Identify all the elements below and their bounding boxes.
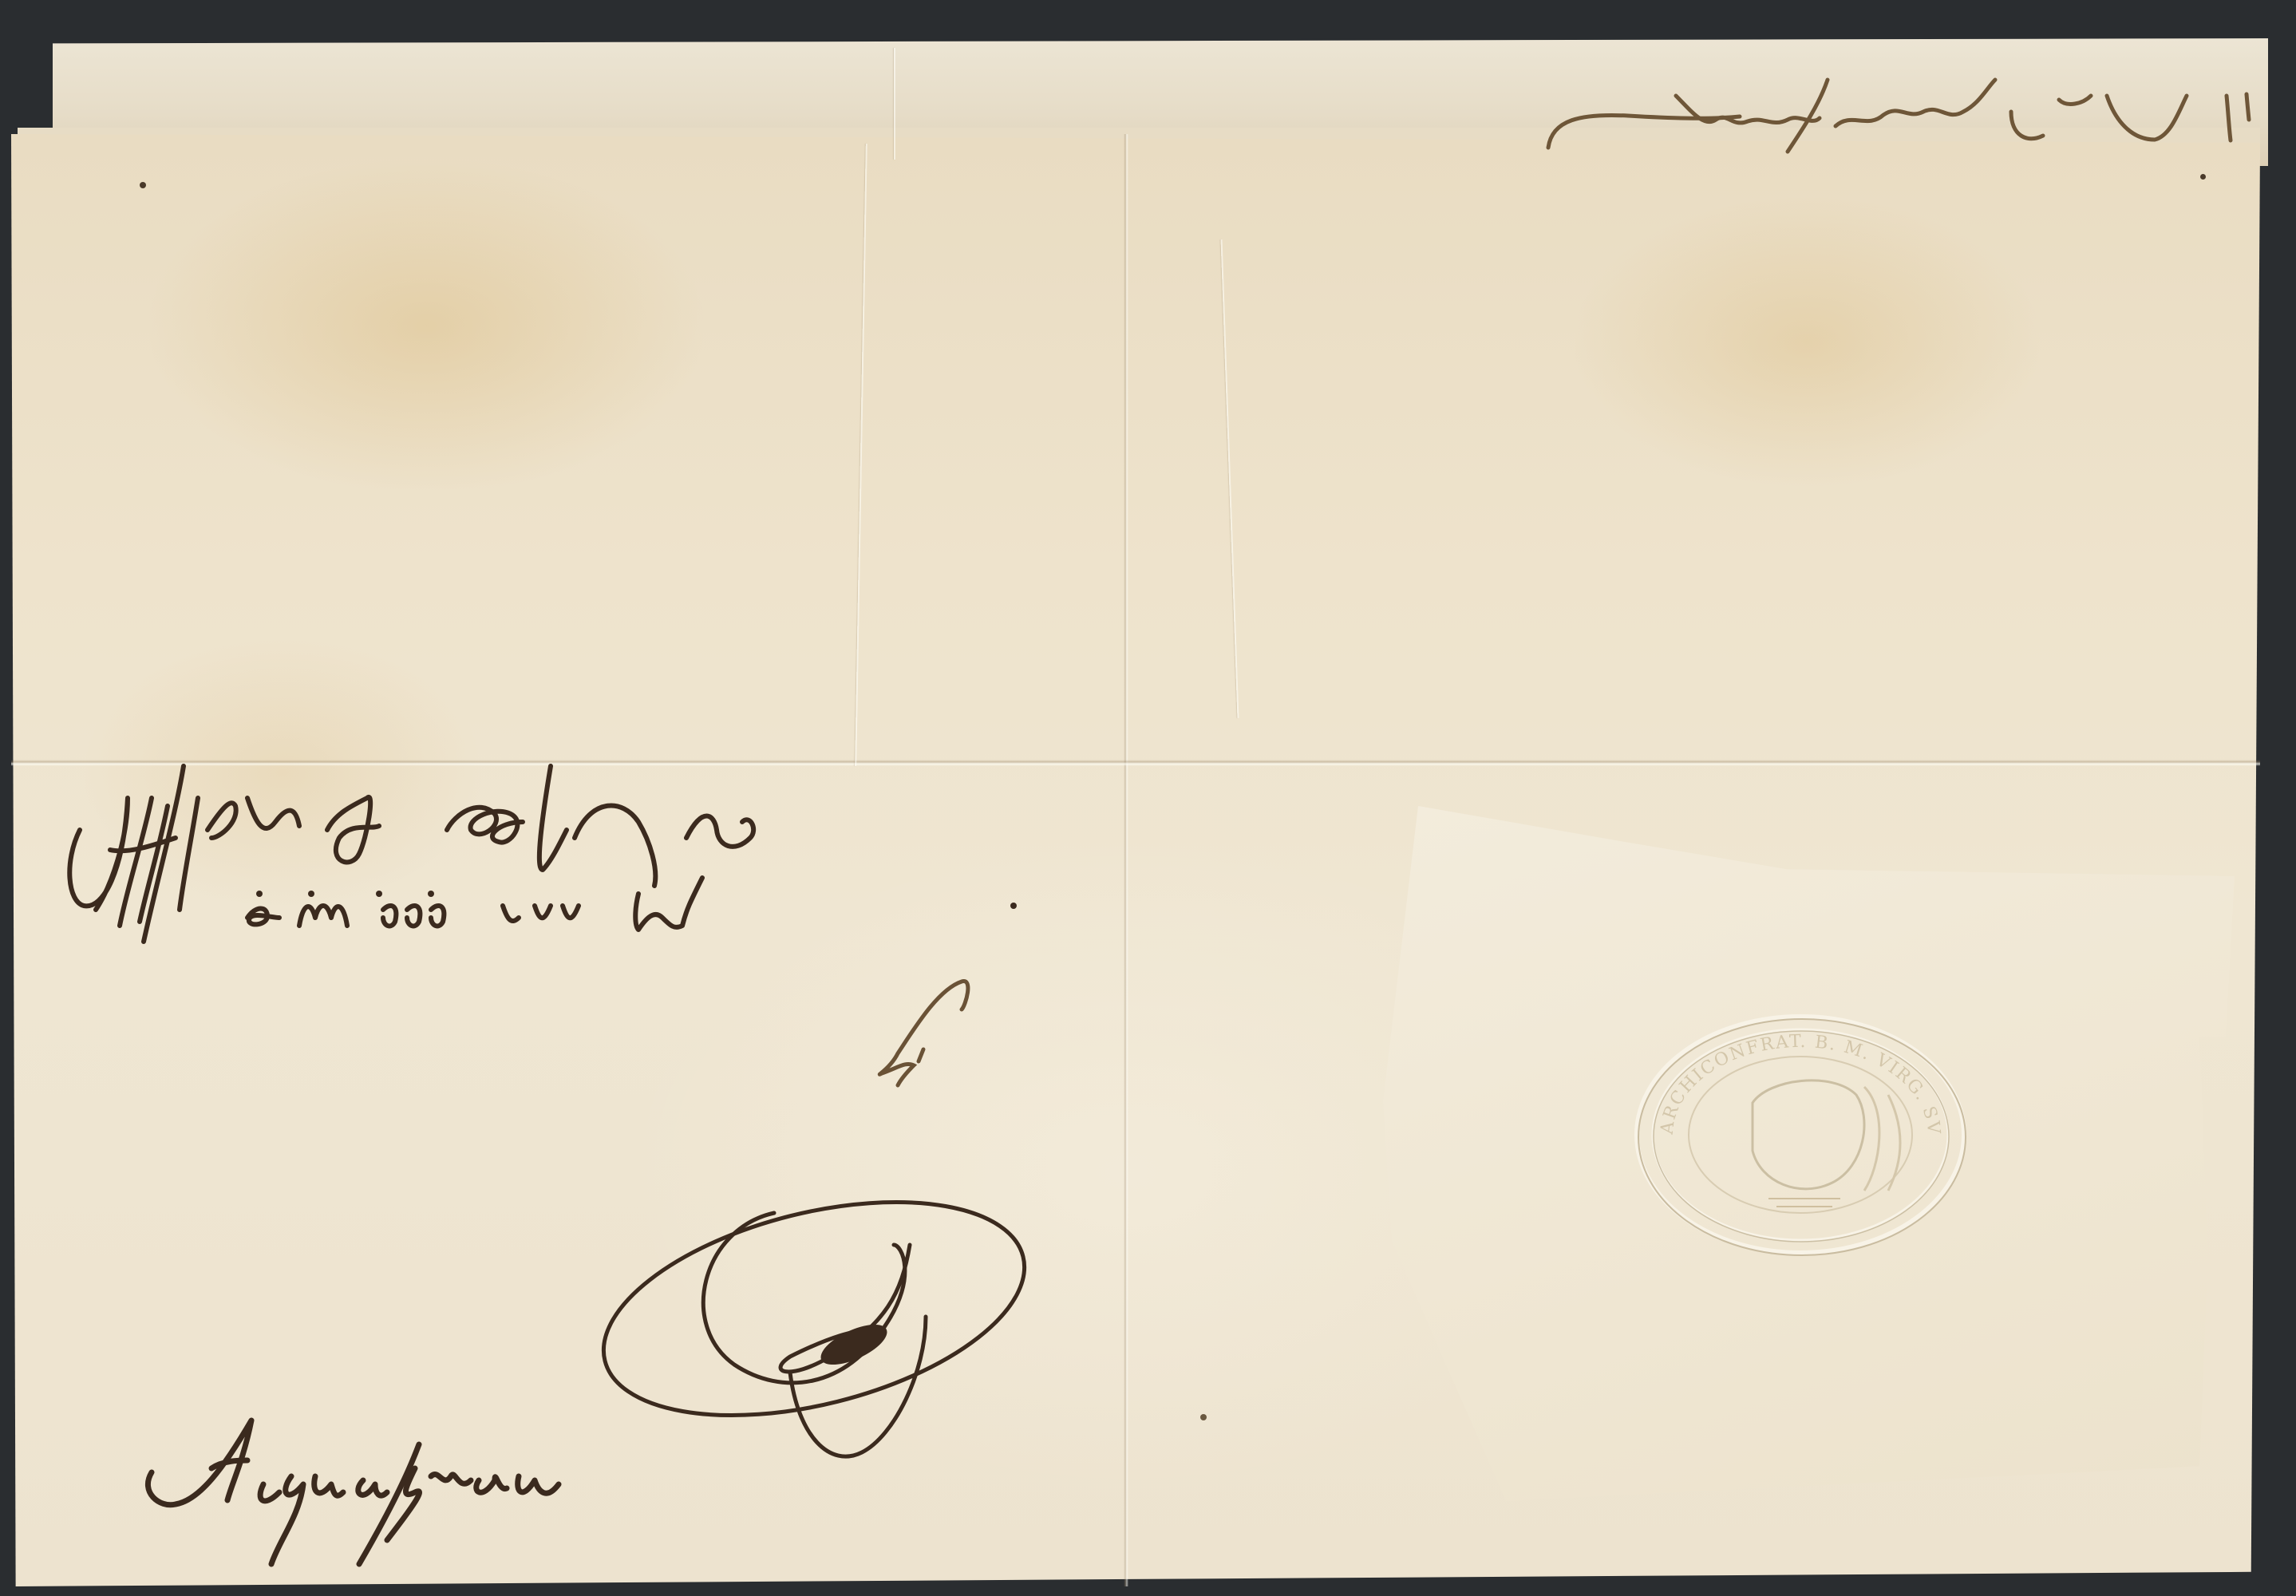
address-line-3: di <box>874 974 986 1093</box>
ink-spot <box>140 182 146 188</box>
docket-annotation: Acqua Sparta <box>1532 64 2266 152</box>
ink-spot <box>1200 1414 1207 1420</box>
vertical-fold <box>1124 134 1128 1586</box>
place-name-acquasparta: Acquasparta <box>144 1412 702 1572</box>
ink-spot <box>2200 174 2206 180</box>
address-line-2: Oss.mo e m. ecc. v. il Sig.re <box>192 870 1069 966</box>
embossed-seal: ARCHICONFRAT. B. M. VIRG. SVFFRAG. AVGVS… <box>1625 1007 1976 1262</box>
paper-crease <box>894 48 895 160</box>
